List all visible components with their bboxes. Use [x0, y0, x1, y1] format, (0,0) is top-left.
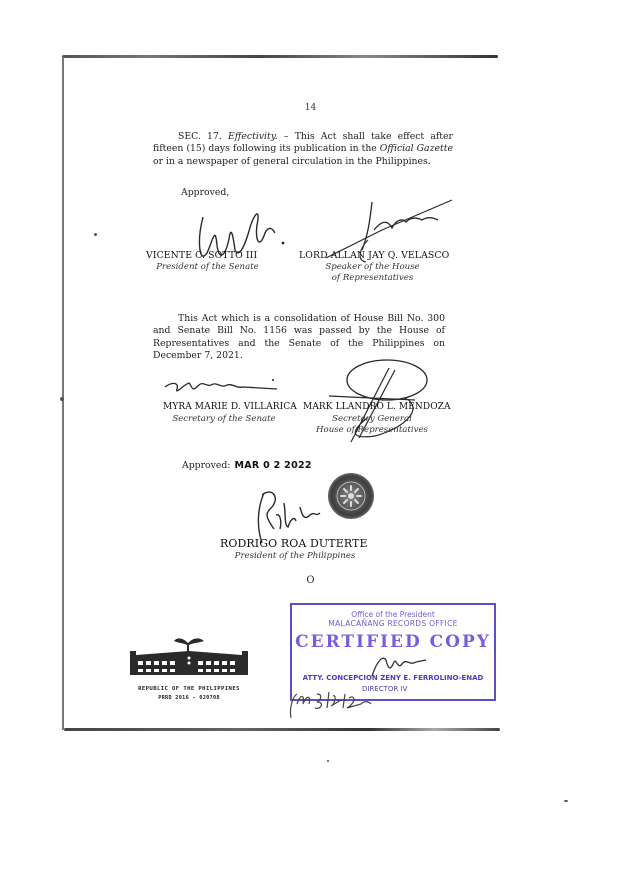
approval-label: Approved: — [182, 460, 231, 471]
stamp-office-line: Office of the President — [292, 610, 494, 619]
scan-speck — [60, 397, 64, 401]
signature-villarica — [163, 375, 283, 405]
signatory-name-mendoza: MARK LLANDRO L. MENDOZA — [303, 402, 451, 412]
signature-duterte — [250, 485, 330, 545]
signatory-title-mendoza-1: Secretary General — [303, 414, 441, 425]
page-border-left — [62, 57, 64, 730]
signature-certifier — [368, 650, 428, 680]
page-border-bottom — [64, 728, 500, 731]
consolidation-paragraph: This Act which is a consolidation of Hou… — [153, 313, 445, 362]
stamp-heading: CERTIFIED COPY — [292, 632, 494, 652]
section-number: SEC. 17. — [178, 131, 222, 142]
signatory-title-villarica: Secretary of the Senate — [163, 414, 285, 425]
scan-speck — [564, 800, 568, 802]
signatory-title-duterte: President of the Philippines — [220, 551, 370, 562]
approval-line: Approved:MAR 0 2 2022 — [182, 460, 312, 471]
handwritten-date — [285, 680, 375, 720]
malacanang-palace-icon — [126, 637, 252, 675]
end-mark: O — [0, 575, 621, 586]
signatory-name-duterte: RODRIGO ROA DUTERTE — [220, 537, 368, 550]
stamp-records-office-line: MALACAÑANG RECORDS OFFICE — [292, 619, 494, 628]
signatory-title-sotto: President of the Senate — [150, 262, 265, 273]
presidential-seal — [328, 473, 374, 519]
page-number: 14 — [0, 103, 621, 113]
signatory-name-villarica: MYRA MARIE D. VILLARICA — [163, 402, 297, 412]
page-border-top — [62, 55, 498, 58]
signatory-name-sotto: VICENTE C. SOTTO III — [146, 250, 257, 261]
signatory-title-velasco-1: Speaker of the House — [315, 262, 430, 273]
signatory-name-velasco: LORD ALLAN JAY Q. VELASCO — [299, 250, 449, 261]
sun-icon — [328, 473, 374, 519]
scan-speck — [327, 760, 329, 762]
section-title: Effectivity. — [228, 131, 278, 142]
approval-date-stamp: MAR 0 2 2022 — [235, 460, 312, 471]
signatory-title-mendoza-2: House of Representatives — [303, 425, 441, 436]
signatory-title-velasco-2: of Representatives — [315, 273, 430, 284]
scan-speck — [94, 233, 97, 236]
official-gazette: Official Gazette — [380, 143, 453, 154]
section-17-paragraph: SEC. 17. Effectivity. – This Act shall t… — [153, 131, 453, 168]
